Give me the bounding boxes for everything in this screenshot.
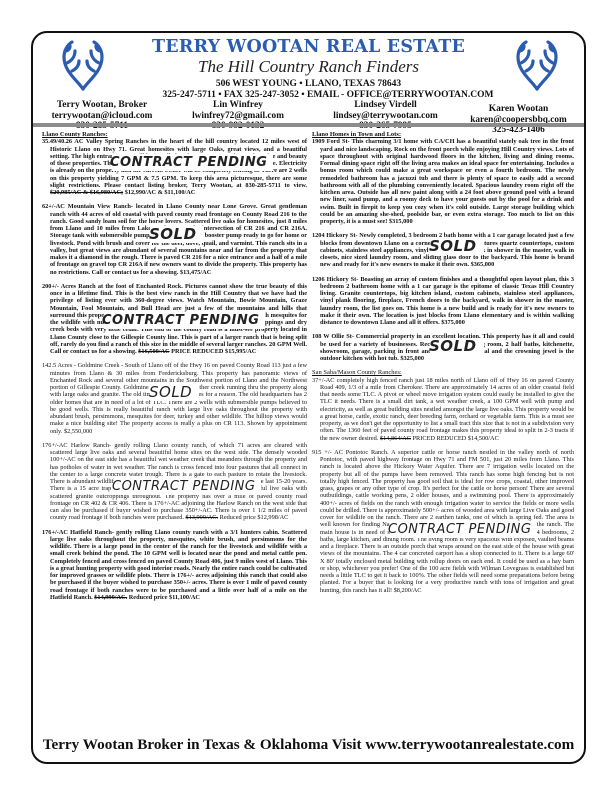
listing: 62+/-AC Mountain View Ranch- located in … — [42, 203, 307, 276]
listing-old-price: $16,500/AC — [138, 348, 169, 355]
header-divider — [33, 123, 584, 127]
contract-pending-stamp: CONTRACT PENDING — [112, 154, 273, 171]
sold-stamp: SOLD — [430, 238, 484, 255]
agent-email[interactable]: lindsey@terrywootan.com — [318, 111, 453, 122]
left-column: Llano County Ranches: 35.49/40.26 AC Val… — [42, 131, 307, 608]
listing: 915 +/- AC Pontotoc Ranch. A superior ca… — [312, 449, 574, 594]
agent-name: Lin Winfrey — [173, 100, 303, 111]
contract-pending-stamp: CONTRACT PENDING — [390, 521, 537, 538]
listing-price: $2,550,000 — [64, 428, 92, 435]
listing-price: $365,000 — [471, 261, 495, 268]
listing-old-price: $20,985/AC & $16,980/AC; — [50, 189, 123, 196]
agent-name: Lindsey Virdell — [318, 100, 453, 111]
contract-pending-stamp: CONTRACT PENDING — [104, 312, 265, 329]
right-column: Llano Homes in Town and Lots: 1909 Ford … — [312, 131, 574, 601]
listing: 1206 Hickory St- Boasting an array of cu… — [312, 276, 574, 327]
listing-text: 1909 Ford St- This charming 3/1 home wit… — [312, 138, 574, 225]
listing-old-price: $14,864/AC — [380, 435, 411, 442]
sold-stamp: SOLD — [430, 338, 484, 355]
listing: 1204 Hickory St- Newly completed, 3 bedr… — [312, 232, 574, 268]
company-name: TERRY WOOTAN REAL ESTATE — [33, 37, 584, 57]
listing-price: $375,000 — [441, 319, 465, 326]
listing-price: Reduced price $11,100/AC — [129, 594, 200, 601]
listing-price: PRICE REDUCED $15,995/AC — [171, 348, 256, 355]
flyer-header: TERRY WOOTAN REAL ESTATE The Hill Countr… — [33, 33, 584, 123]
agent-email[interactable]: terrywootan@icloud.com — [37, 111, 167, 122]
listing-price: $13,475/AC — [180, 269, 211, 276]
company-address: 506 WEST YOUNG • LLANO, TEXAS 78643 — [33, 79, 584, 89]
listing: 176+/-AC Harlow Ranch- gently rolling Ll… — [42, 442, 307, 522]
listing-old-price: $13,999/AC. — [186, 514, 219, 521]
section-title: Llano County Ranches: — [42, 131, 307, 138]
section-title: Llano Homes in Town and Lots: — [312, 131, 574, 138]
listing-price: PRICED REDUCED $14,500/AC — [413, 435, 499, 442]
listing: 35.49/40.26 AC Valley Spring Ranches in … — [42, 138, 307, 196]
listing-price: $12,990/AC & $11,100/AC — [125, 189, 196, 196]
contract-pending-stamp: CONTRACT PENDING — [114, 478, 261, 495]
agent-email[interactable]: lwinfrey72@gmail.com — [173, 111, 303, 122]
listing: 1909 Ford St- This charming 3/1 home wit… — [312, 138, 574, 225]
company-contact-line: 325-247-5711 • FAX 325-247-3052 • EMAIL … — [93, 90, 563, 100]
footer-banner: Terry Wootan Broker in Texas & Oklahoma … — [33, 736, 584, 754]
listing: 200+/- Acres Ranch at the foot of Enchan… — [42, 283, 307, 356]
listing: 108 W Ollie St- Commercial property in a… — [312, 333, 574, 362]
listing-price: $315,000 — [389, 218, 413, 225]
listing-text: 176+/-AC Hatfield Ranch- gently rolling … — [42, 529, 307, 601]
listing-old-price: $14,999/AC. — [94, 594, 127, 601]
sold-stamp: SOLD — [150, 226, 204, 243]
listing: 176+/-AC Hatfield Ranch- gently rolling … — [42, 529, 307, 602]
listing-price: $325,000 — [400, 355, 424, 362]
listing: 142.5 Acres - Goldmine Creek - South of … — [42, 362, 307, 435]
section-title: San Saba/Mason County Ranches: — [312, 369, 574, 376]
sold-stamp: SOLD — [150, 384, 199, 401]
agent-name: Terry Wootan, Broker — [37, 100, 167, 111]
listing-price: $8,200/AC — [394, 587, 422, 594]
agent-name: Karen Wootan — [451, 104, 586, 115]
listing: 37+/-AC completely high fenced ranch jus… — [312, 377, 574, 442]
flyer-frame: TERRY WOOTAN REAL ESTATE The Hill Countr… — [31, 31, 586, 764]
listing-price: Reduced price $12,998/AC — [220, 514, 289, 521]
company-tagline: The Hill Country Ranch Finders — [33, 57, 584, 77]
listing-text: 37+/-AC completely high fenced ranch jus… — [312, 377, 574, 442]
